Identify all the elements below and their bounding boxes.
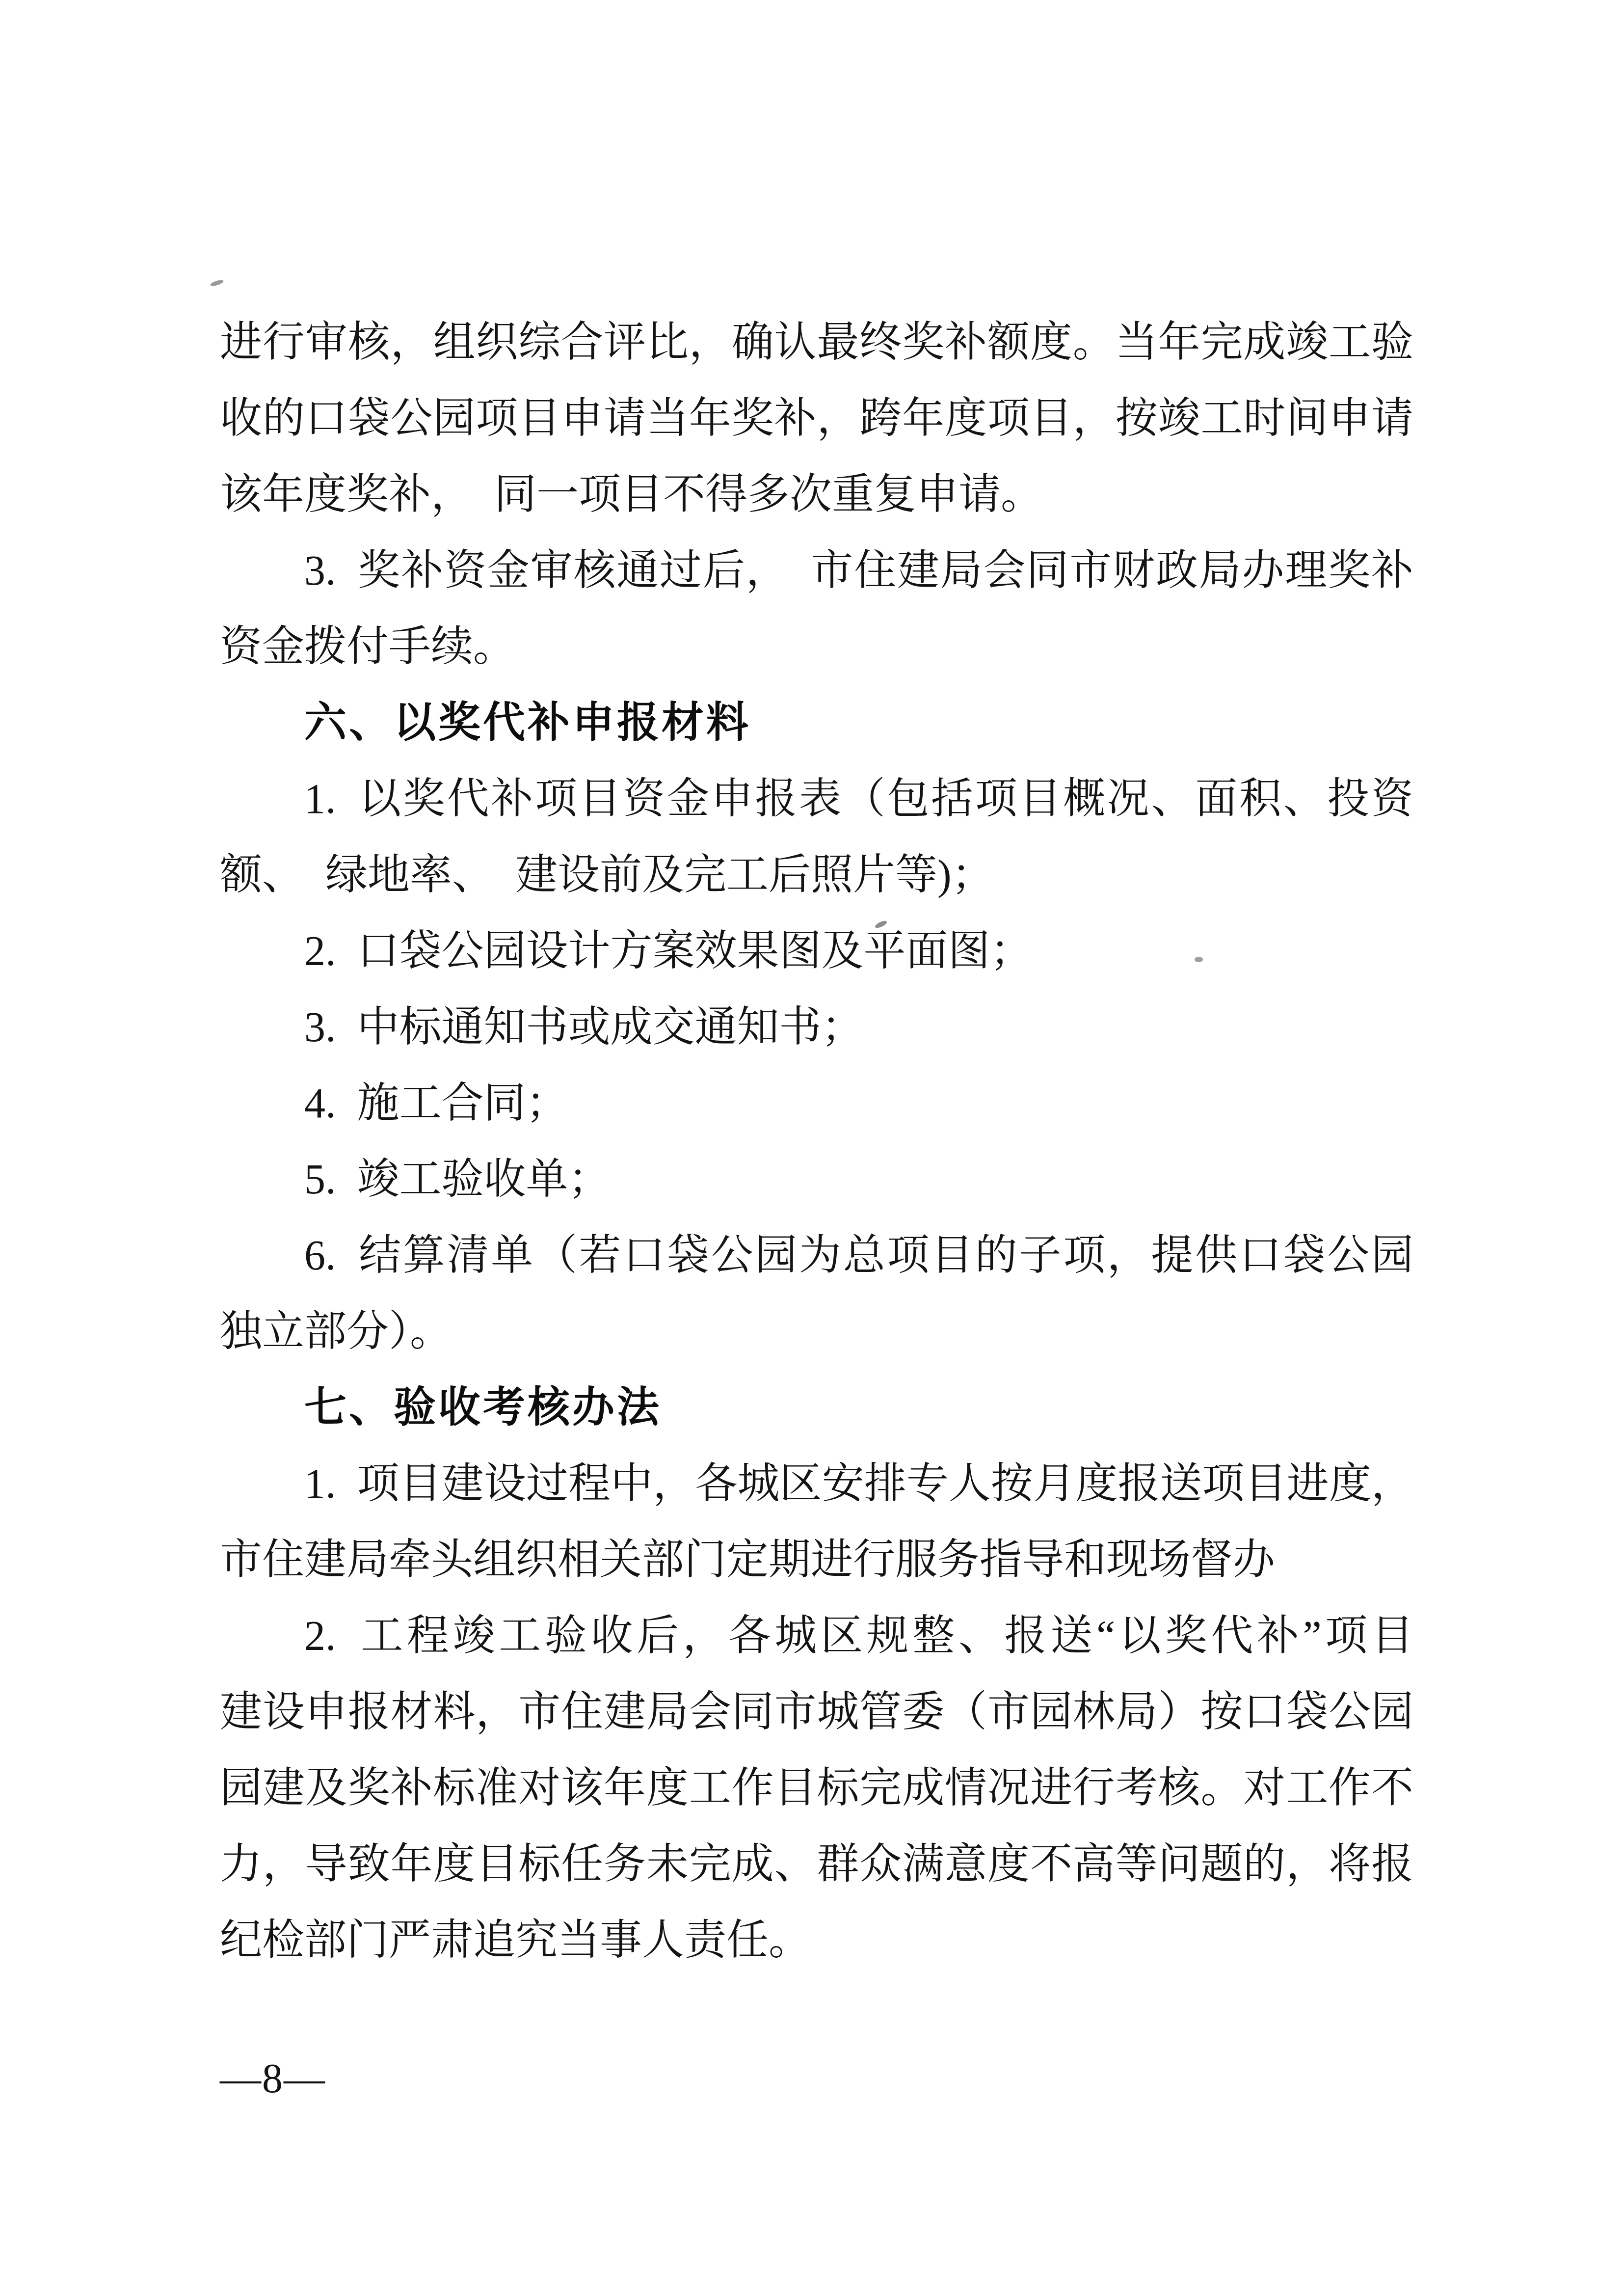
scan-artifact bbox=[210, 279, 224, 287]
text-line: 进行审核，组织综合评比，确认最终奖补额度。当年完成竣工验 bbox=[220, 304, 1413, 380]
text-line: 2. 工程竣工验收后，各城区规整、报送“以奖代补”项目 bbox=[220, 1598, 1413, 1674]
scan-artifact bbox=[1195, 957, 1203, 962]
text-line: 1. 以奖代补项目资金申报表（包括项目概况、面积、投资 bbox=[220, 761, 1413, 837]
text-line: 6. 结算清单（若口袋公园为总项目的子项，提供口袋公园 bbox=[220, 1217, 1413, 1294]
text-line: 纪检部门严肃追究当事人责任。 bbox=[220, 1902, 1413, 1978]
text-line: 5. 竣工验收单； bbox=[220, 1141, 1413, 1217]
document-body: 进行审核，组织综合评比，确认最终奖补额度。当年完成竣工验收的口袋公园项目申请当年… bbox=[220, 304, 1413, 1978]
document-page: 进行审核，组织综合评比，确认最终奖补额度。当年完成竣工验收的口袋公园项目申请当年… bbox=[0, 0, 1623, 2296]
text-line: 额、 绿地率、 建设前及完工后照片等)； bbox=[220, 837, 1413, 913]
text-line: 3. 中标通知书或成交通知书； bbox=[220, 989, 1413, 1065]
text-line: 资金拨付手续。 bbox=[220, 609, 1413, 685]
text-line: 该年度奖补， 同一项目不得多次重复申请。 bbox=[220, 457, 1413, 533]
text-line: 力，导致年度目标任务未完成、群众满意度不高等问题的，将报 bbox=[220, 1826, 1413, 1902]
text-line: 2. 口袋公园设计方案效果图及平面图； bbox=[220, 913, 1413, 989]
text-line: 独立部分）。 bbox=[220, 1294, 1413, 1370]
page-number: —8— bbox=[220, 2041, 326, 2117]
section-heading: 七、验收考核办法 bbox=[220, 1370, 1413, 1446]
text-line: 市住建局牵头组织相关部门定期进行服务指导和现场督办 bbox=[220, 1522, 1413, 1598]
text-line: 1. 项目建设过程中，各城区安排专人按月度报送项目进度， bbox=[220, 1446, 1413, 1522]
text-line: 建设申报材料，市住建局会同市城管委（市园林局）按口袋公园 bbox=[220, 1674, 1413, 1750]
text-line: 园建及奖补标准对该年度工作目标完成情况进行考核。对工作不 bbox=[220, 1750, 1413, 1826]
text-line: 3. 奖补资金审核通过后， 市住建局会同市财政局办理奖补 bbox=[220, 533, 1413, 609]
text-line: 收的口袋公园项目申请当年奖补，跨年度项目，按竣工时间申请 bbox=[220, 380, 1413, 457]
section-heading: 六、以奖代补申报材料 bbox=[220, 685, 1413, 761]
text-line: 4. 施工合同； bbox=[220, 1065, 1413, 1141]
